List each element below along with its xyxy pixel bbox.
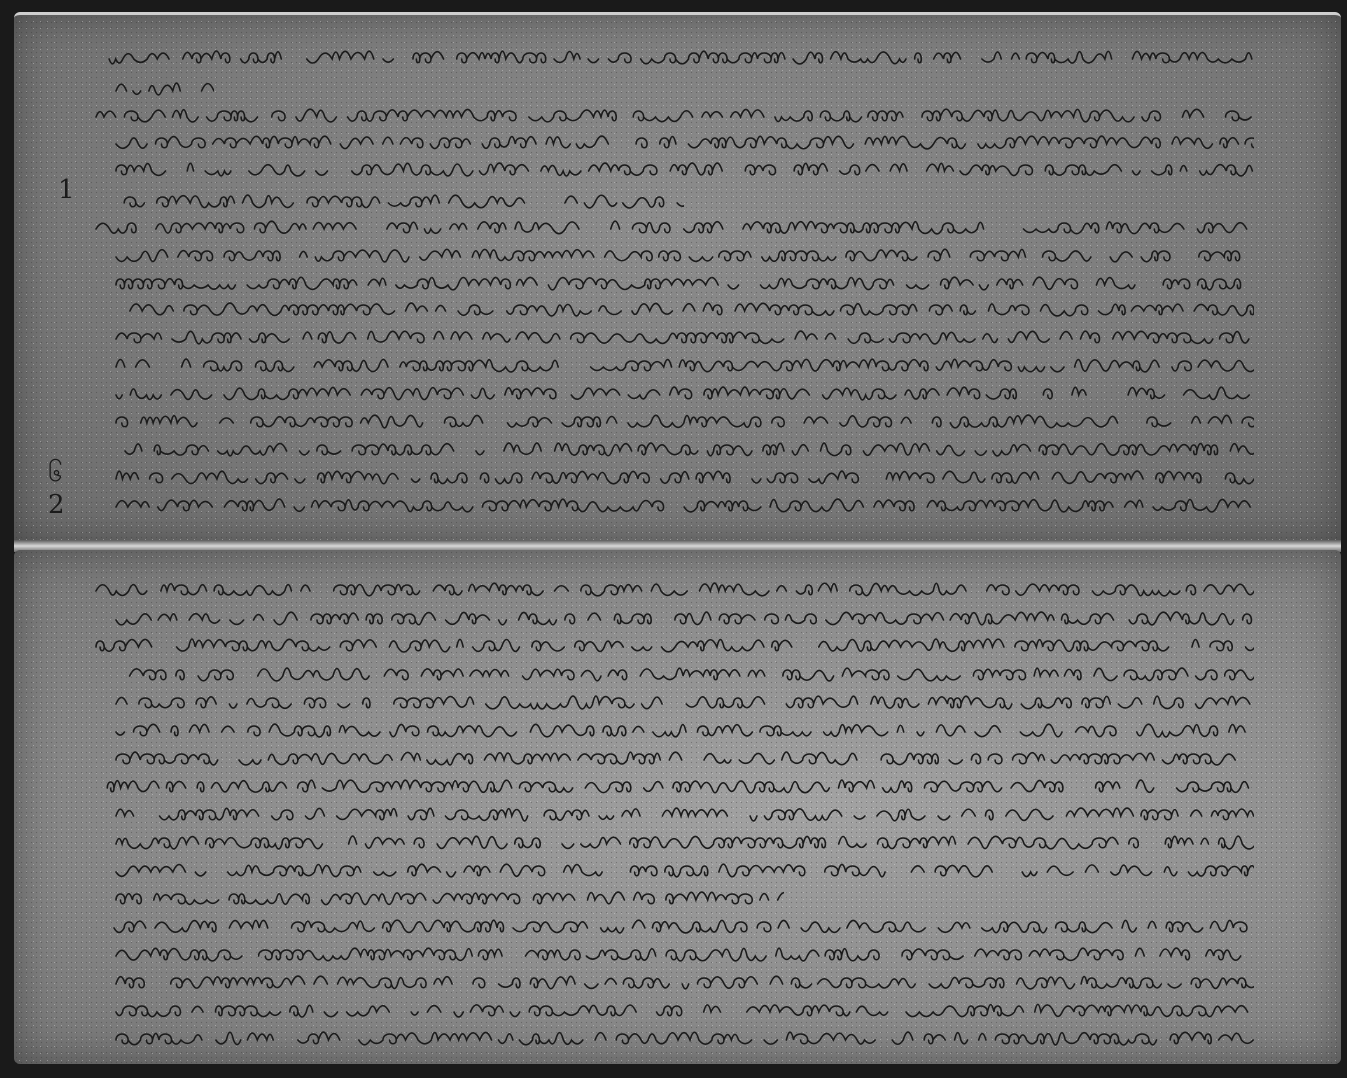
manuscript-line [114,155,1254,181]
margin-mark: 1 [58,175,75,205]
manuscript-line [114,940,1254,966]
manuscript-line [114,800,1254,826]
manuscript-line [114,379,1254,405]
manuscript-line [114,187,684,213]
manuscript-line [114,75,214,101]
manuscript-line [94,631,1254,657]
manuscript-line [114,604,1254,630]
manuscript-line [114,295,1254,321]
manuscript-line [114,128,1254,154]
manuscript-line [94,43,1254,69]
manuscript-line [114,856,1254,882]
manuscript-line [114,351,1254,377]
manuscript-line [114,716,1254,742]
manuscript-line [114,660,1254,686]
manuscript-line [114,435,1254,461]
manuscript-line [94,213,1254,239]
margin-mark: 2 [48,490,65,520]
manuscript-upper-page [14,12,1341,545]
manuscript-line [114,491,1254,517]
manuscript-line [114,688,1254,714]
manuscript-line [114,884,784,910]
manuscript-line [94,772,1254,798]
manuscript-line [114,269,1254,295]
margin-mark: ၆ [48,455,63,494]
manuscript-lower-page [14,550,1341,1064]
manuscript-line [114,463,1254,489]
manuscript-line [114,1024,1254,1050]
manuscript-line [94,912,1254,938]
manuscript-line [114,996,1254,1022]
manuscript-line [114,241,1254,267]
manuscript-line [114,744,1254,770]
manuscript-line [94,575,1254,601]
manuscript-line [114,828,1254,854]
manuscript-line [114,968,1254,994]
manuscript-line [114,323,1254,349]
manuscript-line [94,101,1254,127]
manuscript-line [114,407,1254,433]
